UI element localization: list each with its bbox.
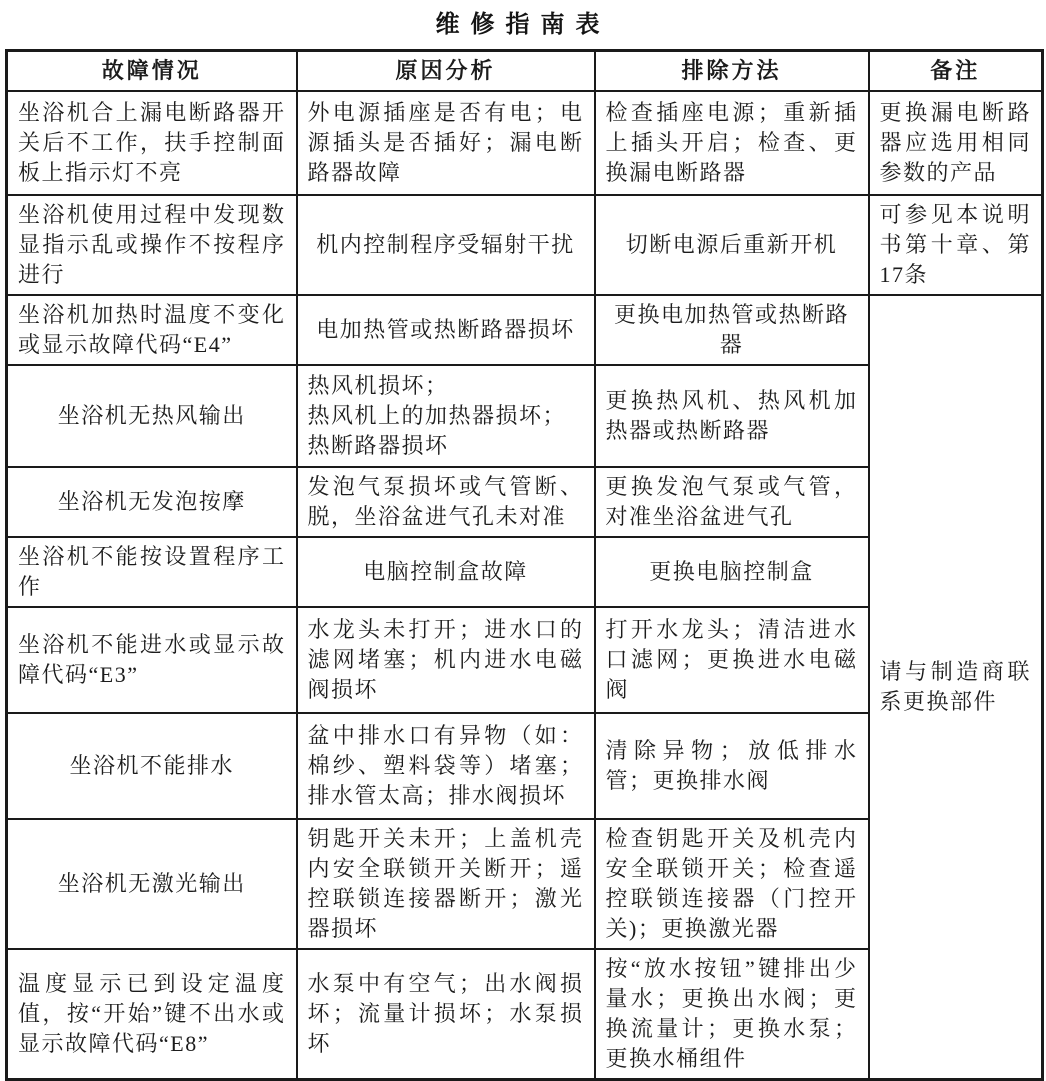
document-page: 维修指南表 故障情况 原因分析 排除方法 备注 坐浴机合上漏电断路器开关后不工作…	[0, 0, 1046, 1081]
cell-solution: 更换发泡气泵或气管，对准坐浴盆进气孔	[595, 467, 869, 537]
header-row: 故障情况 原因分析 排除方法 备注	[7, 51, 1043, 91]
cell-cause: 外电源插座是否有电；电源插头是否插好；漏电断路器故障	[297, 91, 595, 195]
table-row: 坐浴机合上漏电断路器开关后不工作，扶手控制面板上指示灯不亮 外电源插座是否有电；…	[7, 91, 1043, 195]
col-header-fault: 故障情况	[7, 51, 297, 91]
cell-cause: 水龙头未打开；进水口的滤网堵塞；机内进水电磁阀损坏	[297, 607, 595, 713]
cell-solution: 清除异物；放低排水管；更换排水阀	[595, 713, 869, 819]
cell-fault: 坐浴机无发泡按摩	[7, 467, 297, 537]
cell-solution: 检查钥匙开关及机壳内安全联锁开关；检查遥控联锁连接器（门控开关)；更换激光器	[595, 819, 869, 949]
cell-solution: 按“放水按钮”键排出少量水；更换出水阀；更换流量计；更换水泵；更换水桶组件	[595, 949, 869, 1080]
cell-cause: 钥匙开关未开；上盖机壳内安全联锁开关断开；遥控联锁连接器断开；激光器损坏	[297, 819, 595, 949]
col-header-note: 备注	[869, 51, 1043, 91]
cell-cause: 机内控制程序受辐射干扰	[297, 195, 595, 295]
table-row: 坐浴机加热时温度不变化或显示故障代码“E4” 电加热管或热断路器损坏 更换电加热…	[7, 295, 1043, 365]
page-title: 维修指南表	[0, 0, 1046, 39]
table-row: 坐浴机使用过程中发现数显指示乱或操作不按程序进行 机内控制程序受辐射干扰 切断电…	[7, 195, 1043, 295]
cell-solution: 更换热风机、热风机加热器或热断路器	[595, 365, 869, 467]
cell-fault: 温度显示已到设定温度值，按“开始”键不出水或显示故障代码“E8”	[7, 949, 297, 1080]
cell-solution: 更换电脑控制盒	[595, 537, 869, 607]
cell-solution: 检查插座电源；重新插上插头开启；检查、更换漏电断路器	[595, 91, 869, 195]
cell-cause: 热风机损坏； 热风机上的加热器损坏； 热断路器损坏	[297, 365, 595, 467]
cell-solution: 打开水龙头；清洁进水口滤网；更换进水电磁阀	[595, 607, 869, 713]
cell-fault: 坐浴机无热风输出	[7, 365, 297, 467]
cell-note: 可参见本说明书第十章、第17条	[869, 195, 1043, 295]
cell-solution: 切断电源后重新开机	[595, 195, 869, 295]
cell-solution: 更换电加热管或热断路器	[595, 295, 869, 365]
cell-fault: 坐浴机不能排水	[7, 713, 297, 819]
cell-cause: 电加热管或热断路器损坏	[297, 295, 595, 365]
cell-fault: 坐浴机加热时温度不变化或显示故障代码“E4”	[7, 295, 297, 365]
col-header-solution: 排除方法	[595, 51, 869, 91]
col-header-cause: 原因分析	[297, 51, 595, 91]
cell-cause: 盆中排水口有异物（如：棉纱、塑料袋等）堵塞；排水管太高；排水阀损坏	[297, 713, 595, 819]
cell-fault: 坐浴机不能进水或显示故障代码“E3”	[7, 607, 297, 713]
repair-guide-table: 故障情况 原因分析 排除方法 备注 坐浴机合上漏电断路器开关后不工作，扶手控制面…	[5, 49, 1044, 1081]
cell-cause: 电脑控制盒故障	[297, 537, 595, 607]
cell-cause: 水泵中有空气；出水阀损坏；流量计损坏；水泵损坏	[297, 949, 595, 1080]
cell-cause: 发泡气泵损坏或气管断、脱，坐浴盆进气孔未对准	[297, 467, 595, 537]
cell-fault: 坐浴机合上漏电断路器开关后不工作，扶手控制面板上指示灯不亮	[7, 91, 297, 195]
cell-note-merged: 请与制造商联系更换部件	[869, 295, 1043, 1080]
cell-fault: 坐浴机无激光输出	[7, 819, 297, 949]
cell-note: 更换漏电断路器应选用相同参数的产品	[869, 91, 1043, 195]
cell-fault: 坐浴机不能按设置程序工作	[7, 537, 297, 607]
cell-fault: 坐浴机使用过程中发现数显指示乱或操作不按程序进行	[7, 195, 297, 295]
